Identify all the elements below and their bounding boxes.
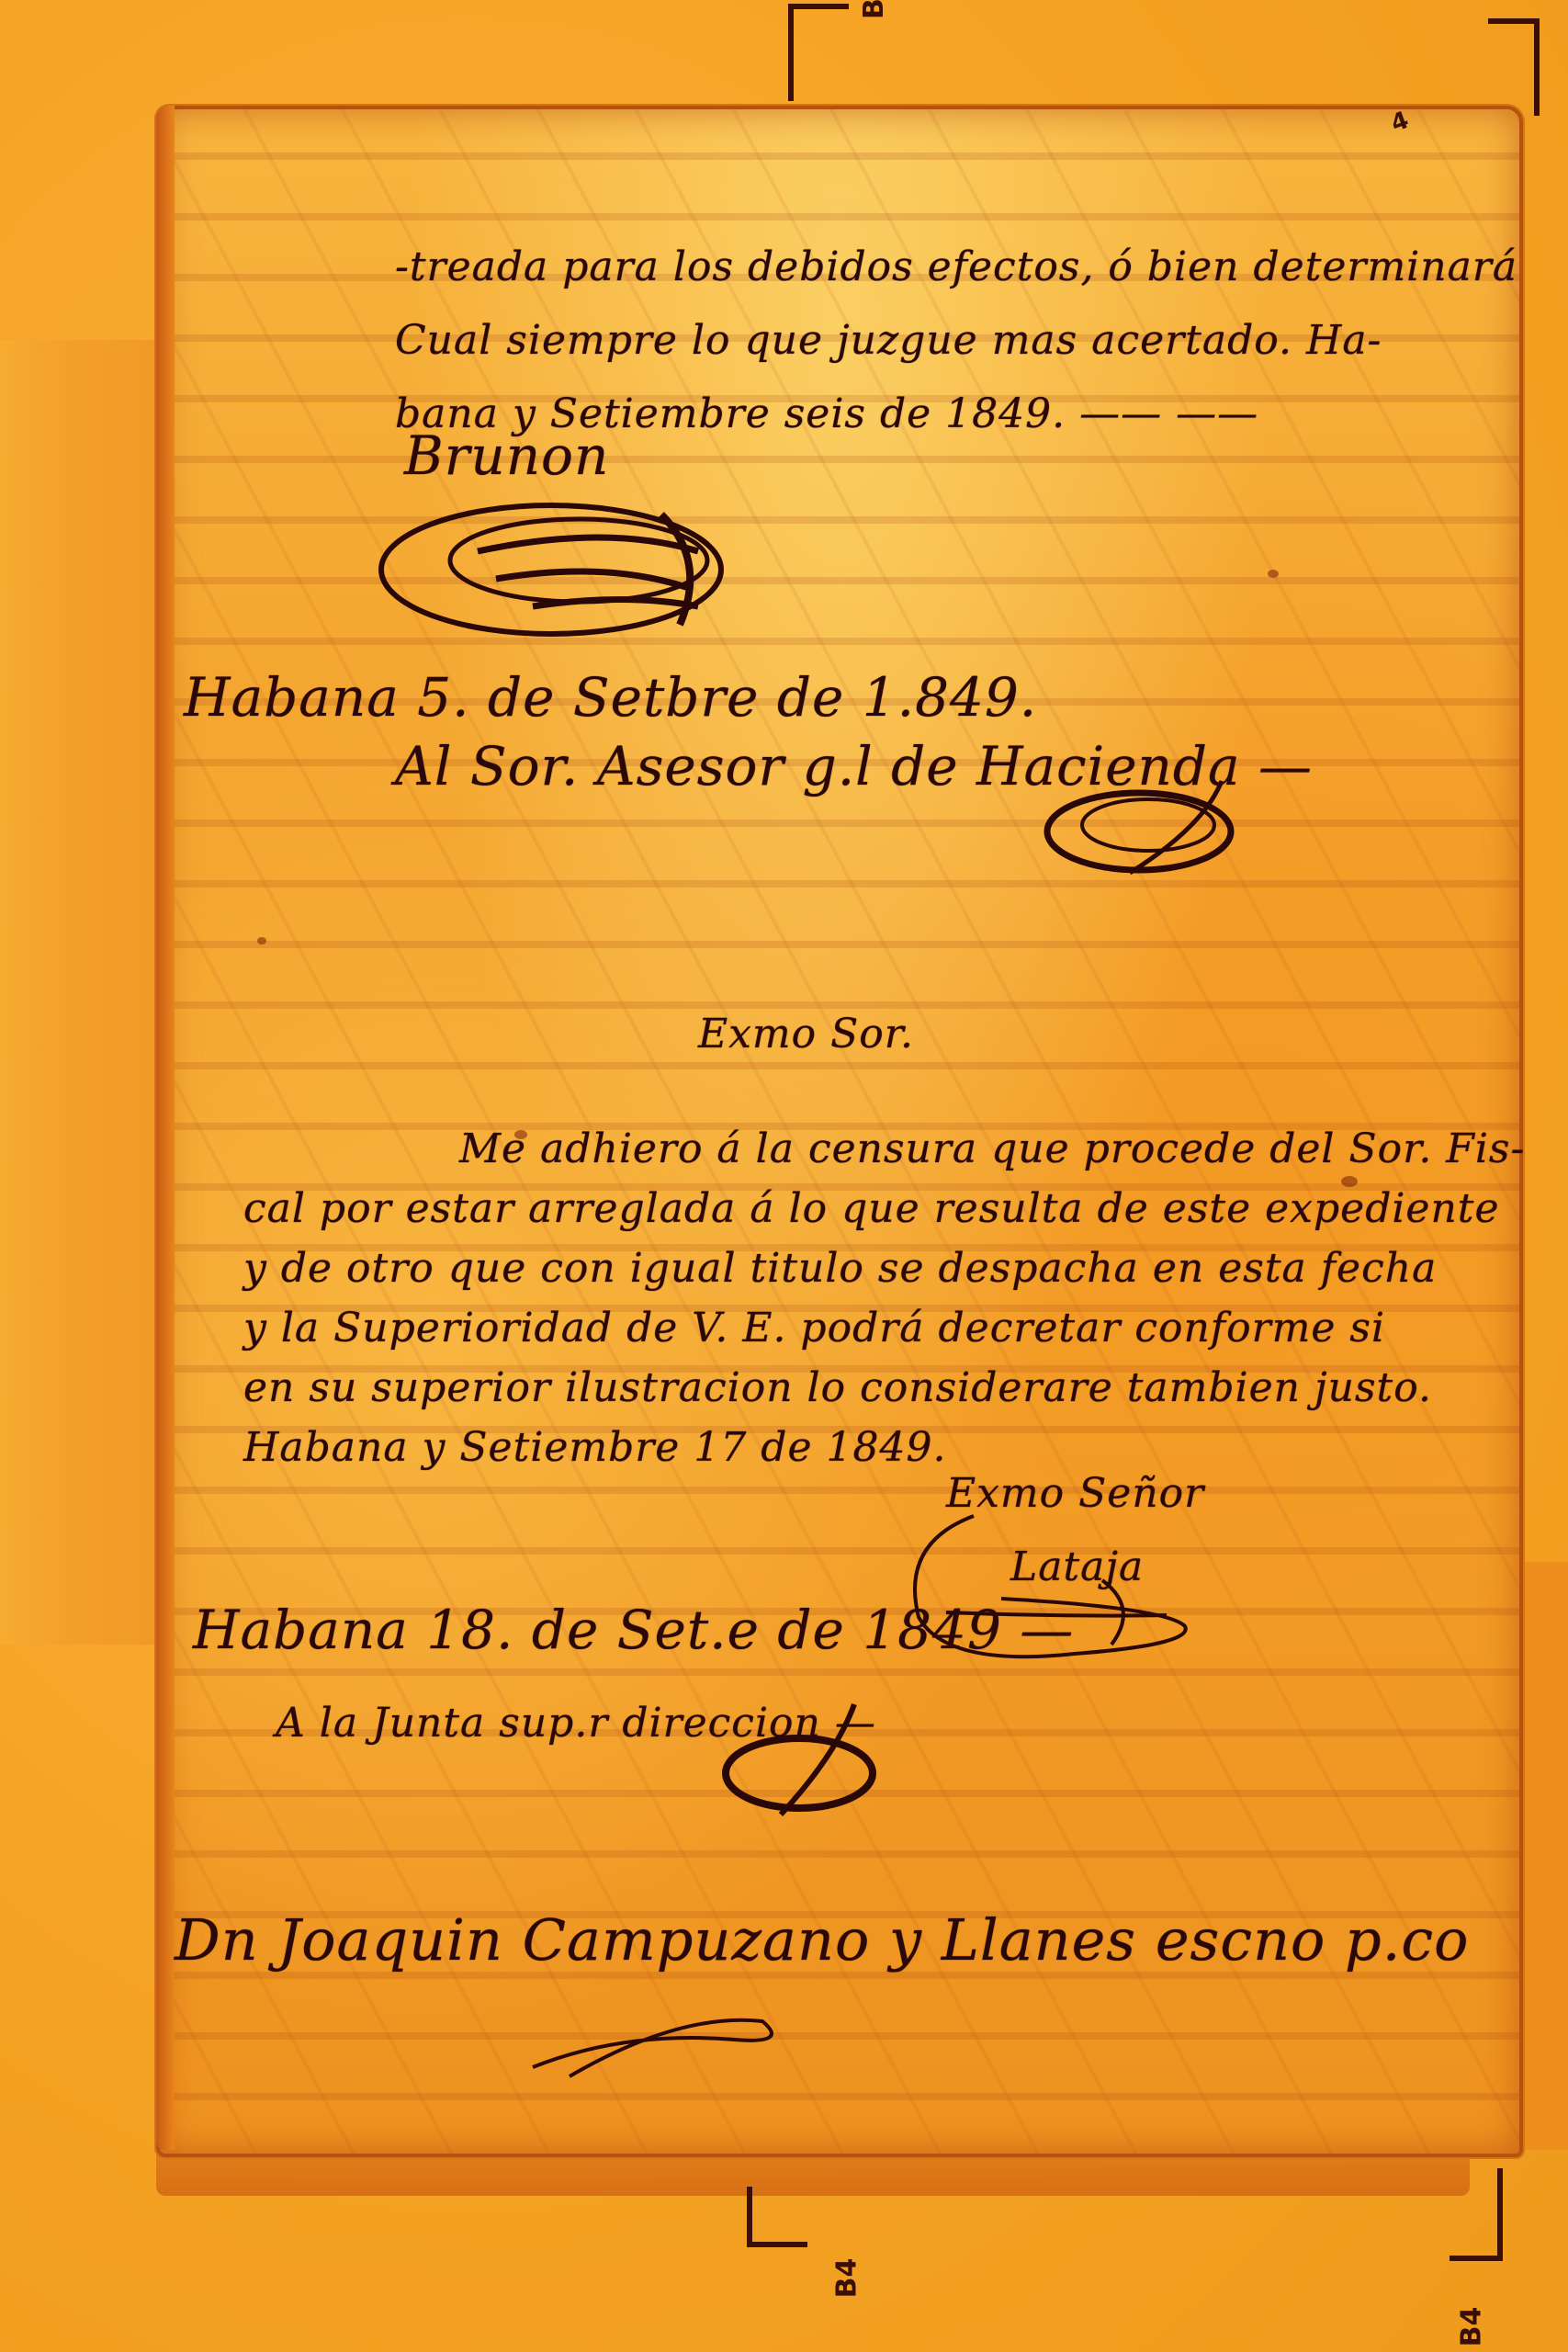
crop-label-bottom-right: B4: [1455, 2307, 1487, 2347]
notary-flourish-icon: [514, 2012, 808, 2086]
date-line: Habana y Setiembre 17 de 1849.: [243, 1424, 946, 1471]
text-line: -treada para los debidos efectos, ó bien…: [395, 243, 1517, 290]
text-line: cal por estar arreglada á lo que resulta…: [243, 1185, 1500, 1232]
text-line: Me adhiero á la censura que procede del …: [459, 1125, 1525, 1172]
notary-line: Dn Joaquin Campuzano y Llanes escno p.co: [175, 1906, 1469, 1973]
underlying-sheet-left: [0, 340, 163, 1645]
rubric-flourish-icon: [716, 1700, 900, 1819]
date-line: Habana 5. de Setbre de 1.849.: [184, 666, 1037, 729]
signature-flourish-icon: [367, 487, 772, 643]
ink-stain: [1268, 570, 1279, 578]
crop-mark-top-left: [788, 4, 849, 101]
signature: Brunon: [404, 424, 609, 487]
rubric-flourish-icon: [1038, 772, 1258, 882]
text-line: y la Superioridad de V. E. podrá decreta…: [243, 1305, 1385, 1351]
page-edge: [156, 106, 175, 2150]
crop-mark-bottom-right: [1450, 2168, 1503, 2261]
date-line: Habana 18. de Set.e de 1849 —: [193, 1599, 1074, 1661]
text-line: en su superior ilustracion lo considerar…: [243, 1364, 1432, 1411]
text-line: y de otro que con igual titulo se despac…: [243, 1245, 1437, 1292]
crop-label-top: B: [858, 0, 890, 19]
ink-stain: [257, 937, 266, 944]
crop-mark-bottom-left: [747, 2187, 807, 2247]
crop-mark-top-right: [1488, 18, 1540, 116]
crop-label-bottom-left: B4: [830, 2258, 863, 2299]
salutation: Exmo Sor.: [698, 1011, 914, 1057]
text-line: Cual siempre lo que juzgue mas acertado.…: [395, 317, 1382, 364]
